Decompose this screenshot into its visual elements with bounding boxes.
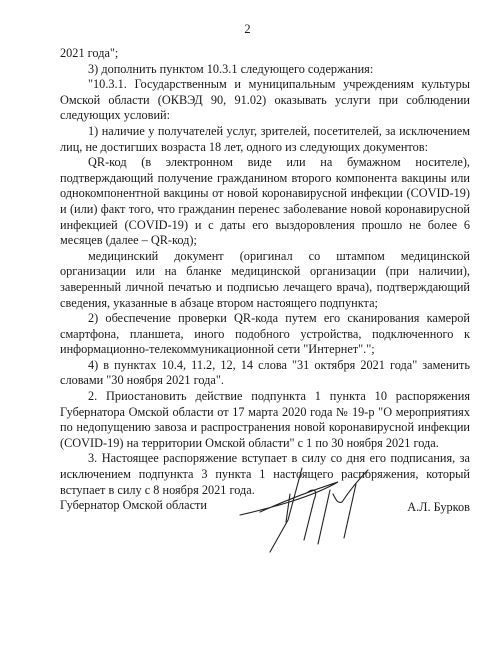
paragraph-qr-code: QR-код (в электронном виде или на бумажн…	[60, 155, 470, 249]
page-number: 2	[0, 22, 495, 37]
paragraph-condition-1: 1) наличие у получателей услуг, зрителей…	[60, 124, 470, 155]
signatory-name: А.Л. Бурков	[407, 500, 470, 515]
paragraph-10-3-1: "10.3.1. Государственным и муниципальным…	[60, 77, 470, 124]
paragraph-medical-document: медицинский документ (оригинал со штампо…	[60, 249, 470, 311]
paragraph-continuation: 2021 года";	[60, 46, 470, 62]
signatory-title: Губернатор Омской области	[60, 498, 207, 513]
document-body: 2021 года"; 3) дополнить пунктом 10.3.1 …	[60, 46, 470, 498]
document-page: 2 2021 года"; 3) дополнить пунктом 10.3.…	[0, 0, 495, 659]
paragraph-item-4: 4) в пунктах 10.4, 11.2, 12, 14 слова "3…	[60, 358, 470, 389]
paragraph-section-2: 2. Приостановить действие подпункта 1 пу…	[60, 389, 470, 451]
signature-block: Губернатор Омской области А.Л. Бурков	[60, 490, 470, 570]
handwritten-signature-icon	[230, 460, 380, 560]
paragraph-condition-2: 2) обеспечение проверки QR-кода путем ег…	[60, 311, 470, 358]
paragraph-item-3: 3) дополнить пунктом 10.3.1 следующего с…	[60, 62, 470, 78]
